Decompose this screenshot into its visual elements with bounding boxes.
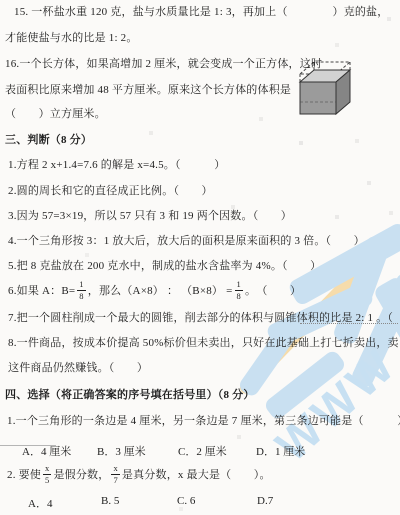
judge-item-6: 6.如果 A：B=18，那么（A×8） ： （B×8） =18。 （ ）	[8, 281, 301, 302]
judge-item-6-pre: 6.如果 A：B=	[8, 285, 75, 297]
fraction-1-8: 18	[235, 280, 243, 301]
fraction-denominator: 8	[79, 291, 83, 301]
q15-line2: 才能使盐与水的比是 1: 2。	[5, 31, 138, 46]
choice-q1-option-a: A．4 厘米	[22, 443, 71, 459]
scanned-exam-page: WWW 15. 一杯盐水重 120 克，盐与水质量比是 1: 3，再加上（ ）克…	[0, 0, 400, 515]
q16-line3: （ ）立方厘米。	[5, 107, 106, 122]
scan-noise-specks	[0, 0, 2, 2]
judge-item-7: 7.把一个圆柱削成一个最大的圆锥，削去部分的体积与圆锥体积的比是 2: 1 。（…	[8, 311, 400, 326]
choice-q2-post: 是真分数，x 最大是（ ）。	[122, 469, 271, 481]
q15-line1: 15. 一杯盐水重 120 克，盐与水质量比是 1: 3，再加上（ ）克的盐，	[14, 5, 388, 20]
choice-q2-option-d: D.7	[257, 495, 273, 507]
choice-q2-text: 2. 要使x5是假分数，x7是真分数，x 最大是（ ）。	[7, 465, 271, 486]
fraction-1-8: 18	[77, 280, 85, 301]
choice-q1-option-b: B．3 厘米	[97, 443, 146, 459]
choice-q2-option-a: A．4	[28, 495, 52, 511]
fraction-denominator: 8	[237, 291, 241, 301]
fraction-denominator: 7	[113, 475, 117, 485]
choice-q1-text: 1.一个三角形的一条边是 4 厘米，另一条边是 7 厘米，第三条边可能是（ ）。	[7, 414, 400, 429]
choice-q2-pre: 2. 要使	[7, 469, 41, 481]
judge-item-8-line2: 这件商品仍然赚钱。（ ）	[8, 361, 148, 376]
choice-q1-option-c: C．2 厘米	[178, 443, 227, 459]
fraction-x-5: x5	[43, 464, 51, 485]
fraction-numerator: 1	[77, 280, 85, 291]
q16-line1: 16.一个长方体，如果高增加 2 厘米，就会变成一个正方体，这时	[5, 57, 322, 72]
q16-line2: 表面积比原来增加 48 平方厘米。原来这个长方体的体积是	[5, 83, 291, 98]
judge-item-5: 5.把 8 克盐放在 200 克水中，制成的盐水含盐率为 4%。（ ）	[8, 259, 321, 274]
fraction-x-7: x7	[111, 464, 119, 485]
choice-q2-mid: 是假分数，	[53, 469, 109, 481]
judge-item-4: 4.一个三角形按 3：1 放大后，放大后的面积是原来面积的 3 倍。（ ）	[8, 234, 365, 249]
judge-item-8-line1: 8.一件商品，按成本价提高 50%标价但未卖出，只好在此基础上打七折卖出，卖	[8, 336, 399, 351]
fraction-numerator: x	[43, 464, 51, 475]
judge-item-6-mid: ，那么（A×8） ： （B×8） =	[88, 285, 233, 297]
choice-q2-option-c: C. 6	[177, 495, 195, 507]
choice-q2-option-b: B. 5	[101, 495, 119, 507]
section4-heading: 四、选择（将正确答案的序号填在括号里）（8 分）	[5, 388, 255, 403]
choice-q1-option-d: D．1 厘米	[256, 443, 305, 459]
judge-item-1: 1.方程 2 x+1.4=7.6 的解是 x=4.5。（ ）	[8, 158, 226, 173]
judge-item-2: 2.圆的周长和它的直径成正比例。（ ）	[8, 184, 213, 199]
fraction-numerator: 1	[235, 280, 243, 291]
judge-item-6-post: 。 （ ）	[245, 285, 301, 297]
judge-item-3: 3.因为 57=3×19，所以 57 只有 3 和 19 两个因数。（ ）	[8, 209, 292, 224]
fraction-denominator: 5	[45, 475, 49, 485]
section3-heading: 三、判断（8 分）	[5, 133, 92, 148]
fraction-numerator: x	[111, 464, 119, 475]
